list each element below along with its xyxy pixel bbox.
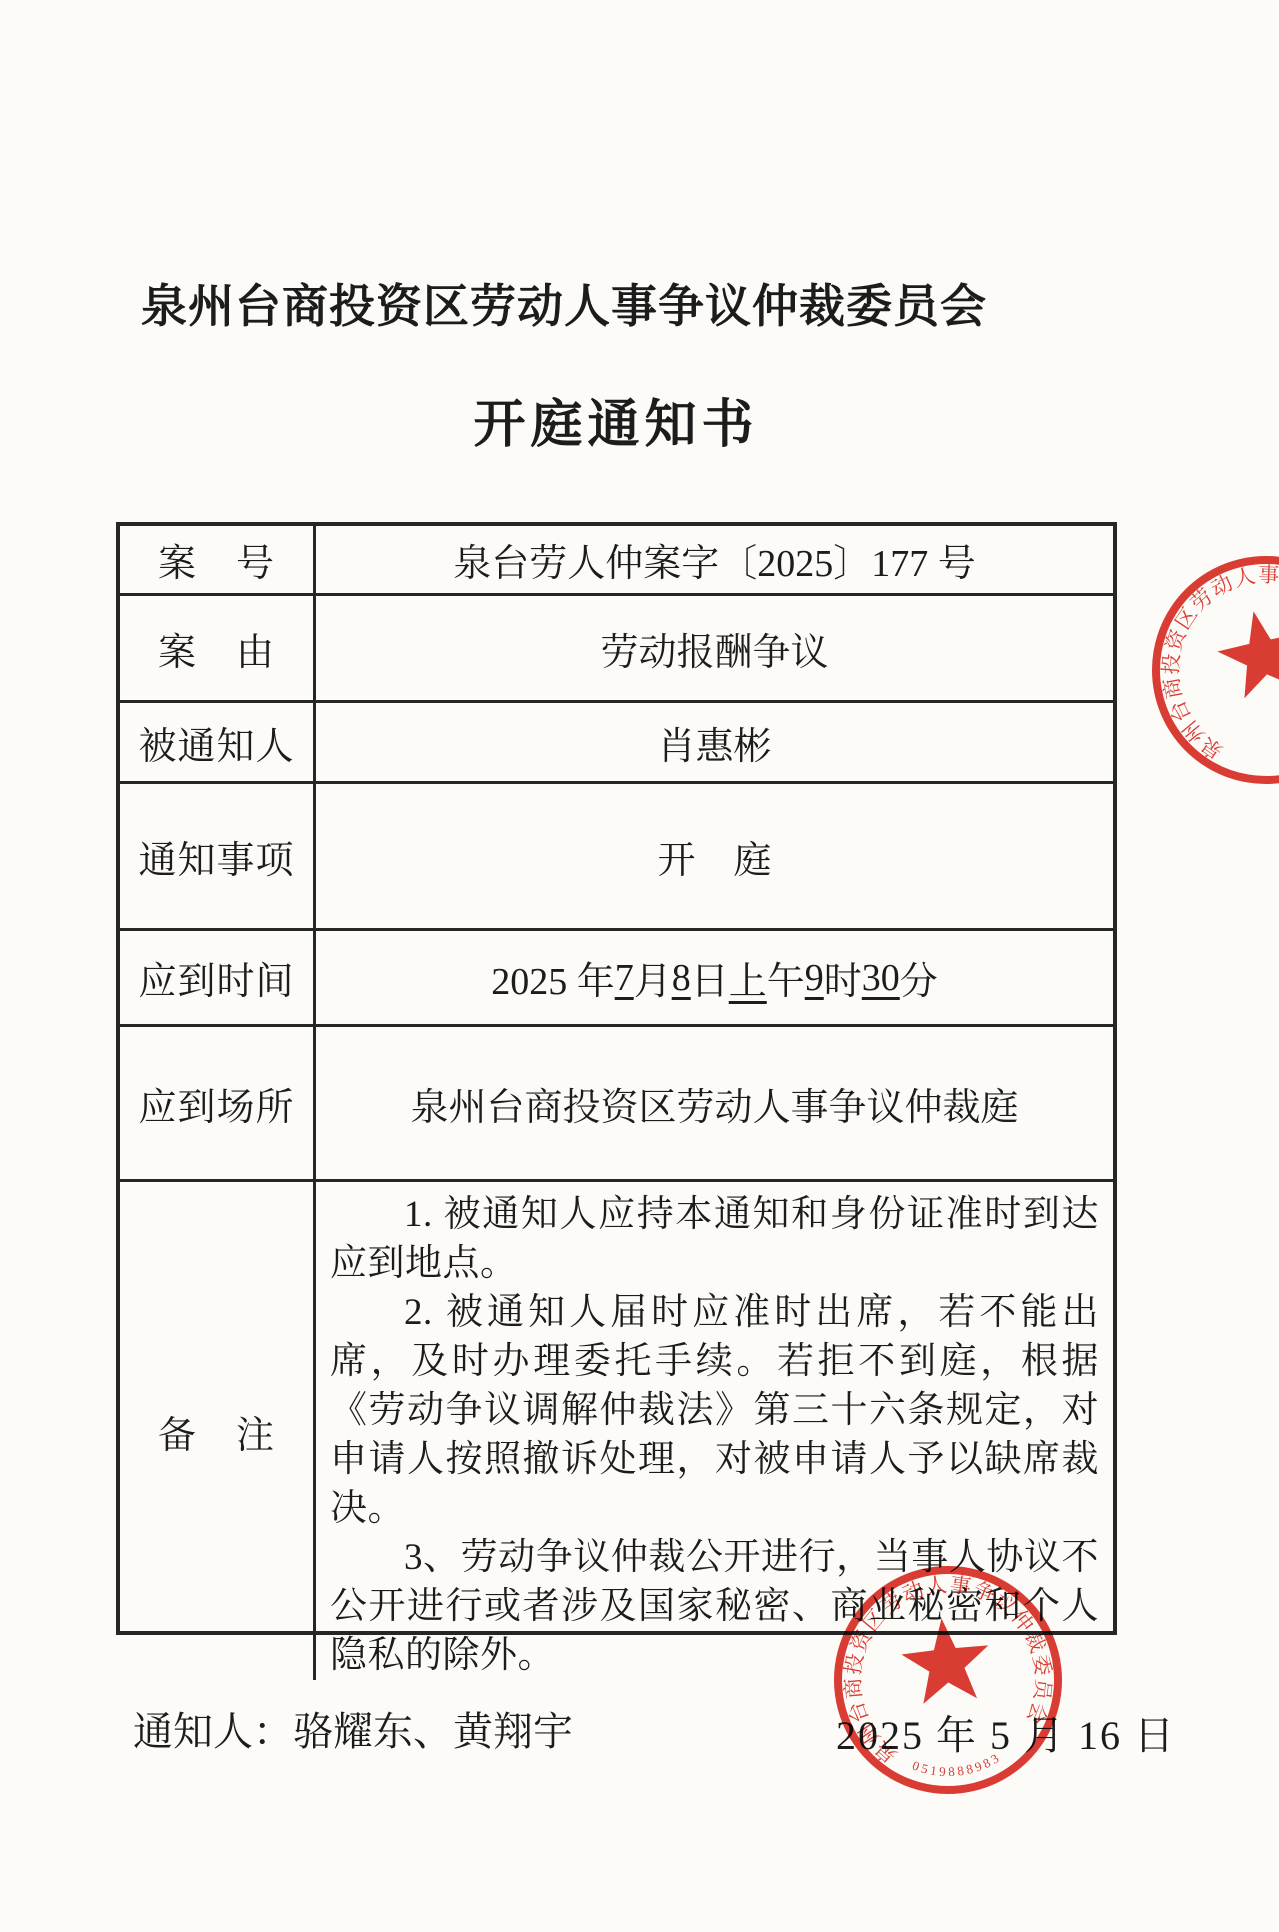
doc-title: 开庭通知书 xyxy=(0,382,1232,457)
notice-table: 案 号 泉台劳人仲案字〔2025〕177 号 案 由 劳动报酬争议 被通知人 肖… xyxy=(116,522,1117,1635)
seal-ring xyxy=(1136,540,1279,801)
svg-text:泉州台商投资区劳动人事争议仲裁委员会: 泉州台商投资区劳动人事争议仲裁委员会 xyxy=(1139,543,1279,771)
notified-person-value: 肖惠彬 xyxy=(316,703,1113,784)
remark-paragraph-2: 2. 被通知人届时应准时出席，若不能出席，及时办理委托手续。若拒不到庭，根据《劳… xyxy=(330,1288,1099,1533)
hearing-place-value: 泉州台商投资区劳动人事争议仲裁庭 xyxy=(316,1027,1113,1182)
org-title: 泉州台商投资区劳动人事争议仲裁委员会 xyxy=(0,270,1128,336)
remark-paragraph-3: 3、劳动争议仲裁公开进行，当事人协议不公开进行或者涉及国家秘密、商业秘密和个人隐… xyxy=(330,1533,1099,1680)
issue-date: 2025 年 5 月 16 日 xyxy=(836,1704,1176,1761)
case-cause-value: 劳动报酬争议 xyxy=(316,596,1113,703)
official-seal-top-right: 泉州台商投资区劳动人事争议仲裁委员会 xyxy=(1126,530,1279,810)
hearing-time-label: 应到时间 xyxy=(120,931,316,1027)
notice-matter-value: 开 庭 xyxy=(316,784,1113,931)
remarks-label: 备 注 xyxy=(120,1182,316,1680)
notice-matter-label: 通知事项 xyxy=(120,784,316,931)
remark-paragraph-1: 1. 被通知人应持本通知和身份证准时到达应到地点。 xyxy=(330,1190,1099,1288)
case-number-value: 泉台劳人仲案字〔2025〕177 号 xyxy=(316,526,1113,596)
remarks-value: 1. 被通知人应持本通知和身份证准时到达应到地点。 2. 被通知人届时应准时出席… xyxy=(316,1182,1113,1680)
notifier-line: 通知人：骆耀东、黄翔宇 xyxy=(133,1700,573,1757)
star-icon xyxy=(1211,602,1279,702)
case-cause-label: 案 由 xyxy=(120,596,316,703)
hearing-place-label: 应到场所 xyxy=(120,1027,316,1182)
notified-person-label: 被通知人 xyxy=(120,703,316,784)
case-number-label: 案 号 xyxy=(120,526,316,596)
hearing-notice-document: 泉州台商投资区劳动人事争议仲裁委员会 开庭通知书 案 号 泉台劳人仲案字〔202… xyxy=(0,0,1279,1932)
seal-ring-text: 泉州台商投资区劳动人事争议仲裁委员会 xyxy=(1139,543,1279,771)
hearing-time-value: 2025 年 7 月 8 日上午 9 时 30 分 xyxy=(316,931,1113,1027)
